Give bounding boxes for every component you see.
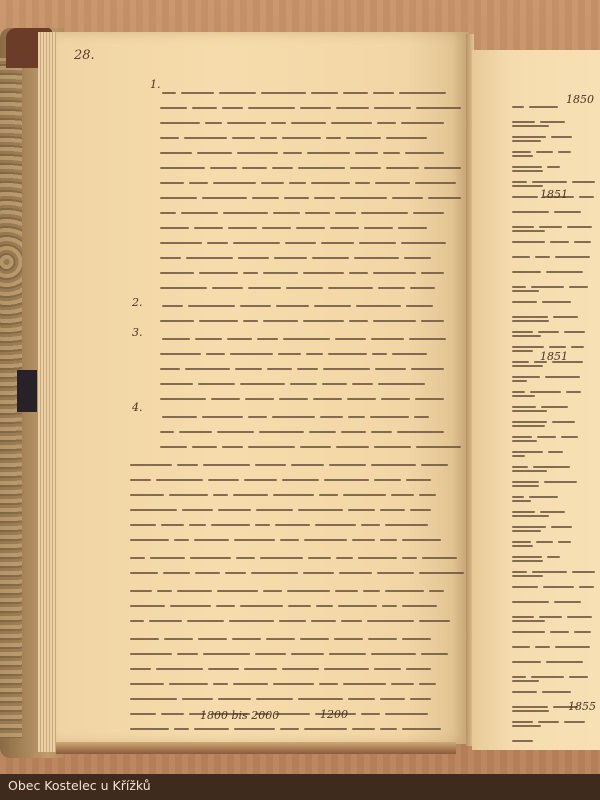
handwriting-line [512, 336, 600, 348]
handwriting-line [512, 216, 597, 228]
year-text: 1851 [540, 350, 568, 363]
handwriting-line [160, 358, 449, 370]
handwriting-line [512, 591, 600, 603]
handwriting-line [512, 621, 596, 633]
handwriting-line [130, 610, 455, 622]
handwriting-line [512, 681, 600, 693]
handwriting-line [512, 531, 600, 543]
handwriting-line [162, 406, 434, 418]
handwriting-line [512, 516, 600, 528]
handwriting-line [512, 576, 599, 588]
handwriting-line [160, 277, 440, 289]
handwriting-line [130, 658, 436, 670]
handwriting-line [160, 436, 466, 448]
item-marker: 3. [132, 326, 143, 339]
handwriting-line [512, 501, 600, 513]
handwriting-line [130, 595, 442, 607]
handwriting-line [512, 561, 600, 573]
handwriting-line [160, 187, 466, 199]
handwriting-line [130, 703, 433, 715]
figure-text: 1200 [320, 708, 348, 721]
handwriting-line [512, 261, 600, 273]
item-marker: 1. [150, 78, 161, 91]
item-marker: 2. [132, 296, 143, 309]
handwriting-line [160, 421, 449, 433]
item-marker: 4. [132, 401, 143, 414]
handwriting-line [512, 651, 600, 663]
handwriting-line [512, 321, 600, 333]
handwriting-line [130, 454, 453, 466]
handwriting-line [512, 156, 600, 168]
handwriting-line [512, 471, 600, 483]
handwriting-line [512, 366, 600, 378]
handwriting-line [160, 247, 436, 259]
bookmark-tab [17, 370, 37, 412]
handwriting-line [512, 441, 600, 453]
handwriting-line [160, 142, 449, 154]
handwriting-line [130, 529, 446, 541]
handwriting-line [512, 411, 600, 423]
handwriting-line [160, 112, 449, 124]
year-text: 1850 [566, 93, 594, 106]
bottom-cover-edge [56, 742, 456, 754]
handwriting-line [160, 262, 449, 274]
handwriting-line [130, 673, 441, 685]
handwriting-line [512, 666, 593, 678]
handwriting-line [130, 688, 436, 700]
handwriting-line [162, 295, 438, 307]
handwriting-line [512, 306, 600, 318]
handwriting-line [160, 97, 466, 109]
handwriting-line [162, 82, 451, 94]
handwriting-line [512, 201, 600, 213]
handwriting-line [130, 499, 436, 511]
handwriting-line [512, 171, 600, 183]
year-text: 1851 [540, 188, 568, 201]
handwriting-line [160, 373, 430, 385]
handwriting-line [512, 456, 600, 468]
handwriting-line [130, 718, 446, 730]
page-number: 28. [74, 48, 95, 63]
image-caption: Obec Kostelec u Křížků [8, 778, 151, 793]
handwriting-line [160, 157, 466, 169]
handwriting-line [130, 484, 441, 496]
handwriting-line [130, 643, 453, 655]
handwriting-line [130, 580, 449, 592]
year-text: 1855 [568, 700, 596, 713]
handwriting-line [160, 217, 432, 229]
handwriting-line [512, 126, 600, 138]
handwriting-line [162, 328, 451, 340]
handwriting-line [130, 514, 433, 526]
handwriting-line [130, 628, 436, 640]
handwriting-line [160, 388, 449, 400]
handwriting-line [512, 141, 600, 153]
handwriting-line [512, 396, 600, 408]
handwriting-line [512, 606, 597, 618]
handwriting-line [160, 202, 449, 214]
handwriting-line [160, 127, 432, 139]
handwriting-line [512, 276, 593, 288]
handwriting-line [160, 232, 451, 244]
handwriting-line [130, 562, 469, 574]
handwriting-line [512, 246, 595, 258]
handwriting-line [512, 426, 600, 438]
handwriting-line [512, 291, 600, 303]
handwriting-line [512, 111, 600, 123]
figure-text: 1800 bis 2000 [200, 709, 279, 722]
handwriting-line [512, 231, 596, 243]
handwriting-line [512, 636, 595, 648]
handwriting-line [512, 486, 600, 498]
handwriting-line [130, 547, 462, 559]
handwriting-line [160, 343, 432, 355]
handwriting-line [160, 310, 449, 322]
handwriting-line [512, 381, 600, 393]
handwriting-line [130, 469, 436, 481]
handwriting-line [512, 546, 600, 558]
handwriting-line [160, 172, 461, 184]
